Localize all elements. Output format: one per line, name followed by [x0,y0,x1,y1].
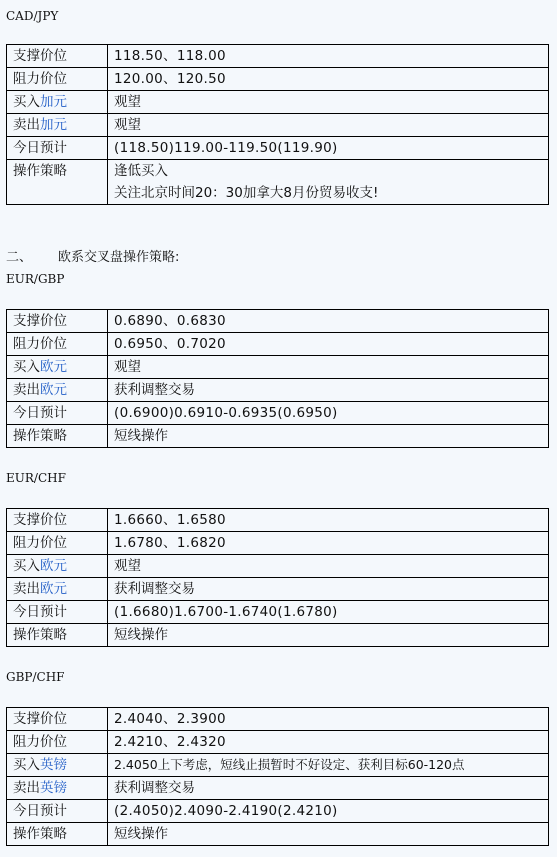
section-heading: 二、欧系交叉盘操作策略: [6,250,179,266]
table-row-resistance: 阻力价位 2.4210、2.4320 [7,731,549,754]
sell-prefix: 卖出 [13,117,40,133]
forecast-value: (0.6900)0.6910-0.6935(0.6950) [108,402,549,425]
currency-link[interactable]: 加元 [40,117,67,133]
buy-prefix: 买入 [13,359,40,375]
row-label: 操作策略 [7,160,108,205]
row-label: 卖出欧元 [7,578,108,601]
sell-value: 获利调整交易 [108,777,549,800]
row-label: 今日预计 [7,137,108,160]
table-row-strategy: 操作策略 短线操作 [7,425,549,448]
sell-prefix: 卖出 [13,581,40,597]
row-label: 支撑价位 [7,310,108,333]
section-number: 二、 [6,250,58,266]
buy-value: 观望 [108,555,549,578]
forecast-value: (1.6680)1.6700-1.6740(1.6780) [108,601,549,624]
row-label: 卖出欧元 [7,379,108,402]
table-row-sell: 卖出加元 观望 [7,114,549,137]
row-label: 买入欧元 [7,356,108,379]
table-row-forecast: 今日预计 (0.6900)0.6910-0.6935(0.6950) [7,402,549,425]
row-label: 阻力价位 [7,68,108,91]
pair-title-cad-jpy: CAD/JPY [6,8,58,24]
table-row-forecast: 今日预计 (1.6680)1.6700-1.6740(1.6780) [7,601,549,624]
table-row-sell: 卖出英镑 获利调整交易 [7,777,549,800]
strategy-line: 关注北京时间20：30加拿大8月份贸易收支! [114,182,548,204]
row-label: 卖出英镑 [7,777,108,800]
currency-link[interactable]: 英镑 [40,757,67,773]
section-title: 欧系交叉盘操作策略: [58,250,179,265]
sell-prefix: 卖出 [13,382,40,398]
resistance-value: 1.6780、1.6820 [108,532,549,555]
table-row-resistance: 阻力价位 0.6950、0.7020 [7,333,549,356]
row-label: 买入加元 [7,91,108,114]
sell-value: 获利调整交易 [108,379,549,402]
pair-title-eur-gbp: EUR/GBP [6,271,64,287]
buy-value: 观望 [108,356,549,379]
row-label: 阻力价位 [7,731,108,754]
support-value: 0.6890、0.6830 [108,310,549,333]
sell-value: 获利调整交易 [108,578,549,601]
support-value: 1.6660、1.6580 [108,509,549,532]
row-label: 支撑价位 [7,708,108,731]
row-label: 阻力价位 [7,532,108,555]
resistance-value: 2.4210、2.4320 [108,731,549,754]
strategy-table-gbp-chf: 支撑价位 2.4040、2.3900 阻力价位 2.4210、2.4320 买入… [6,707,549,846]
strategy-value: 短线操作 [108,624,549,647]
row-label: 支撑价位 [7,509,108,532]
forecast-value: (118.50)119.00-119.50(119.90) [108,137,549,160]
table-row-strategy: 操作策略 逢低买入 关注北京时间20：30加拿大8月份贸易收支! [7,160,549,205]
table-row-support: 支撑价位 0.6890、0.6830 [7,310,549,333]
row-label: 阻力价位 [7,333,108,356]
sell-value: 观望 [108,114,549,137]
currency-link[interactable]: 欧元 [40,359,67,375]
table-row-support: 支撑价位 2.4040、2.3900 [7,708,549,731]
resistance-value: 120.00、120.50 [108,68,549,91]
strategy-value: 逢低买入 关注北京时间20：30加拿大8月份贸易收支! [108,160,549,205]
currency-link[interactable]: 加元 [40,94,67,110]
support-value: 118.50、118.00 [108,45,549,68]
row-label: 支撑价位 [7,45,108,68]
row-label: 今日预计 [7,800,108,823]
table-row-forecast: 今日预计 (2.4050)2.4090-2.4190(2.4210) [7,800,549,823]
strategy-line: 逢低买入 [114,160,548,182]
strategy-value: 短线操作 [108,823,549,846]
buy-value: 2.4050上下考虑，短线止损暂时不好设定、获利目标60-120点 [108,754,549,777]
row-label: 操作策略 [7,823,108,846]
strategy-table-eur-gbp: 支撑价位 0.6890、0.6830 阻力价位 0.6950、0.7020 买入… [6,309,549,448]
buy-prefix: 买入 [13,94,40,110]
row-label: 买入欧元 [7,555,108,578]
table-row-buy: 买入欧元 观望 [7,356,549,379]
table-row-strategy: 操作策略 短线操作 [7,624,549,647]
row-label: 卖出加元 [7,114,108,137]
strategy-value: 短线操作 [108,425,549,448]
row-label: 操作策略 [7,624,108,647]
support-value: 2.4040、2.3900 [108,708,549,731]
currency-link[interactable]: 欧元 [40,558,67,574]
table-row-strategy: 操作策略 短线操作 [7,823,549,846]
forecast-value: (2.4050)2.4090-2.4190(2.4210) [108,800,549,823]
pair-title-eur-chf: EUR/CHF [6,470,66,486]
buy-value: 观望 [108,91,549,114]
table-row-buy: 买入欧元 观望 [7,555,549,578]
sell-prefix: 卖出 [13,780,40,796]
buy-prefix: 买入 [13,558,40,574]
table-row-forecast: 今日预计 (118.50)119.00-119.50(119.90) [7,137,549,160]
currency-link[interactable]: 英镑 [40,780,67,796]
table-row-buy: 买入英镑 2.4050上下考虑，短线止损暂时不好设定、获利目标60-120点 [7,754,549,777]
table-row-sell: 卖出欧元 获利调整交易 [7,578,549,601]
row-label: 今日预计 [7,601,108,624]
strategy-table-cad-jpy: 支撑价位 118.50、118.00 阻力价位 120.00、120.50 买入… [6,44,549,205]
row-label: 今日预计 [7,402,108,425]
table-row-support: 支撑价位 118.50、118.00 [7,45,549,68]
table-row-sell: 卖出欧元 获利调整交易 [7,379,549,402]
table-row-resistance: 阻力价位 1.6780、1.6820 [7,532,549,555]
row-label: 操作策略 [7,425,108,448]
table-row-support: 支撑价位 1.6660、1.6580 [7,509,549,532]
table-row-resistance: 阻力价位 120.00、120.50 [7,68,549,91]
buy-prefix: 买入 [13,757,40,773]
table-row-buy: 买入加元 观望 [7,91,549,114]
currency-link[interactable]: 欧元 [40,581,67,597]
strategy-table-eur-chf: 支撑价位 1.6660、1.6580 阻力价位 1.6780、1.6820 买入… [6,508,549,647]
row-label: 买入英镑 [7,754,108,777]
currency-link[interactable]: 欧元 [40,382,67,398]
pair-title-gbp-chf: GBP/CHF [6,669,65,685]
resistance-value: 0.6950、0.7020 [108,333,549,356]
